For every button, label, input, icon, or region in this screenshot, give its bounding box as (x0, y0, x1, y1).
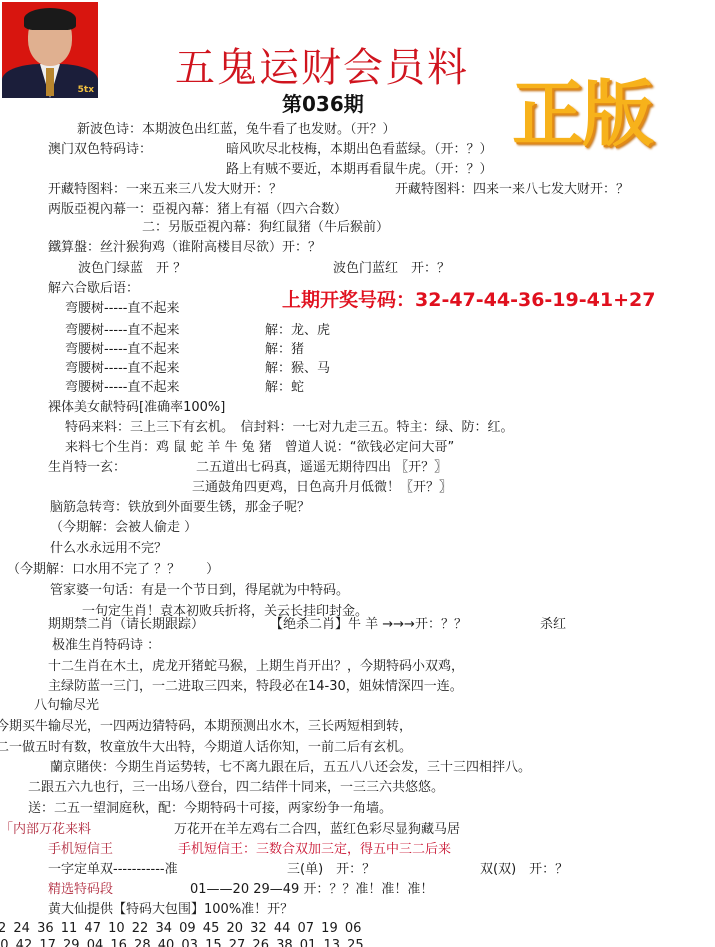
macau-poem-line2: 路上有贼不要近，本期再看鼠牛虎。（开：？） (226, 162, 493, 178)
portrait-tie (46, 68, 54, 96)
eight-lines-heading: 八句输尽光 (34, 698, 99, 714)
macau-poem-line1: 暗风吹尽北枝梅，本期出色看蓝绿。（开：？） (226, 142, 493, 158)
portrait-hair (24, 8, 76, 30)
portrait-photo: 5tx (2, 2, 98, 98)
seven-zodiacs: 来料七个生肖：鸡 鼠 蛇 羊 牛 兔 猪 曾道人说：“欲钱必定问大哥” (65, 440, 454, 456)
even-result: 双(双) 开：？ (480, 862, 568, 878)
issue-number: 第036期 (282, 92, 364, 116)
riddle-answer: 解：猪 (265, 342, 304, 358)
wanhua-label: 「内部万花来料 (0, 822, 91, 838)
riddle-question: 弯腰树-----直不起来 (65, 323, 179, 339)
brain-teaser-2-answer: （今期解：口水用不完了 ？？ ） (7, 562, 219, 578)
odd-even-label: 一字定单双-----------准 (48, 862, 178, 878)
wong-tai-sin-heading: 黄大仙提供【特码大包围】100%准！开？ (48, 902, 293, 918)
riddle-question: 弯腰树-----直不起来 (65, 361, 179, 377)
kill-red: 杀红 (540, 617, 566, 633)
odd-result: 三(单) 开：？ (287, 862, 375, 878)
hidden-chart-2: 开藏特图料：四来一来八七发大财开：？ (395, 182, 629, 198)
macau-poem-label: 澳门双色特码诗： (48, 142, 152, 158)
riddle-answer: 解：猴、马 (265, 361, 330, 377)
nanjing-gambler-1: 蘭京賭侠：今期生肖运势转，七不离九跟在后，五五八八还会发，三十三四相拌八。 (50, 760, 531, 776)
riddle-answer: 解：龙、虎 (265, 323, 330, 339)
riddle-question: 弯腰树-----直不起来 (65, 380, 179, 396)
wave-color-poem: 新波色诗：本期波色出红蓝，兔牛看了也发财。（开？） (77, 122, 396, 138)
zodiac-poem-heading: 极准生肖特码诗 ： (52, 638, 160, 654)
housekeeper-saying: 管家婆一句话：有是一个节日到，得尾就为中特码。 (50, 583, 349, 599)
brain-teaser-1: 脑筋急转弯：铁放到外面要生锈，那金子呢？ (50, 500, 310, 516)
hidden-chart-1: 开藏特图料：一来五来三八发大财开：？ (48, 182, 282, 198)
authentic-badge: 正版 (512, 64, 688, 164)
riddle-answer: 解：蛇 (265, 380, 304, 396)
abacus-line: 鐵算盤：丝汁猴狗鸡（谁附高楼目尽欲）开：？ (48, 240, 321, 256)
number-row-2: 30 42 17 29 04 16 28 40 03 15 27 26 38 0… (0, 938, 364, 947)
gift-line: 送：二五一望洞庭秋，配：今期特码十可接，两家纷争一角墙。 (28, 801, 392, 817)
kill-two-zodiacs: 【绝杀二肖】牛 羊 →→→开：？？ (270, 617, 467, 633)
riddle-heading: 解六合歇后语： (48, 281, 139, 297)
sms-king-content: 手机短信王：三数合双加三定，得五中三二后来 (178, 842, 451, 858)
last-draw-numbers: 上期开奖号码：32-47-44-36-19-41+27 (282, 288, 655, 312)
special-code-heading: 裸体美女献特码[准确率100%] (48, 400, 225, 416)
zodiac-mystery-line2: 三通鼓角四更鸡，日色高升月低微！〖开？〗 (192, 480, 452, 496)
sms-king-label: 手机短信王 (48, 842, 113, 858)
brain-teaser-2: 什么水永远用不完？ (50, 541, 167, 557)
brain-teaser-1-answer: （今期解：会被人偷走 ） (50, 520, 197, 536)
atv-insider-1: 两版亞視內幕一：亞視內幕：猪上有福（四六合数） (48, 202, 347, 218)
portrait-watermark: 5tx (78, 85, 94, 95)
zodiac-mystery-line1: 二五道出七码真，遥遥无期待四出 〖开？〗 (196, 460, 447, 476)
selected-range-label: 精选特码段 (48, 882, 113, 898)
wave-gate-green-blue: 波色门绿蓝 开 ？ (78, 261, 186, 277)
riddle-question: 弯腰树-----直不起来 (65, 301, 179, 317)
eight-lines-1: 今期买牛输尽光，一四两边猜特码，本期预测出水木，三长两短相到转， (0, 719, 412, 735)
page-title: 五鬼运财会员料 (175, 44, 469, 92)
atv-insider-2: 二：另版亞視內幕：狗红鼠猪（牛后猴前） (142, 220, 389, 236)
zodiac-mystery-label: 生肖特一玄： (48, 460, 126, 476)
number-row-1: 2 24 36 11 47 10 22 34 09 45 20 32 44 07… (0, 921, 361, 937)
wave-gate-blue-red: 波色门蓝红 开：？ (333, 261, 450, 277)
nanjing-gambler-2: 二跟五六九也行，三一出场八登台，四二结伴十同来，一三三六共悠悠。 (28, 780, 444, 796)
special-code-source: 特码来料：三上三下有玄机。 信封料：一七对九走三五。特主：绿、防：红。 (65, 420, 514, 436)
riddle-question: 弯腰树-----直不起来 (65, 342, 179, 358)
banned-zodiacs-label: 期期禁二肖（请长期跟踪） (48, 617, 204, 633)
zodiac-poem-line1: 十二生肖在木土，虎龙开猪蛇马猴，上期生肖开出？，今期特码小双鸡， (48, 659, 464, 675)
selected-range-content: 01——20 29—49 开：？？准！准！准！ (190, 882, 433, 898)
wanhua-content: 万花开在羊左鸡右二合四，蓝红色彩尽显狗藏马居 (174, 822, 460, 838)
zodiac-poem-line2: 主绿防蓝一三门，一二进取三四来，特段必在14-30，姐妹情深四一连。 (48, 679, 463, 695)
eight-lines-2: 二一做五时有数，牧童放牛大出特，今期道人话你知，一前二后有玄机。 (0, 740, 412, 756)
